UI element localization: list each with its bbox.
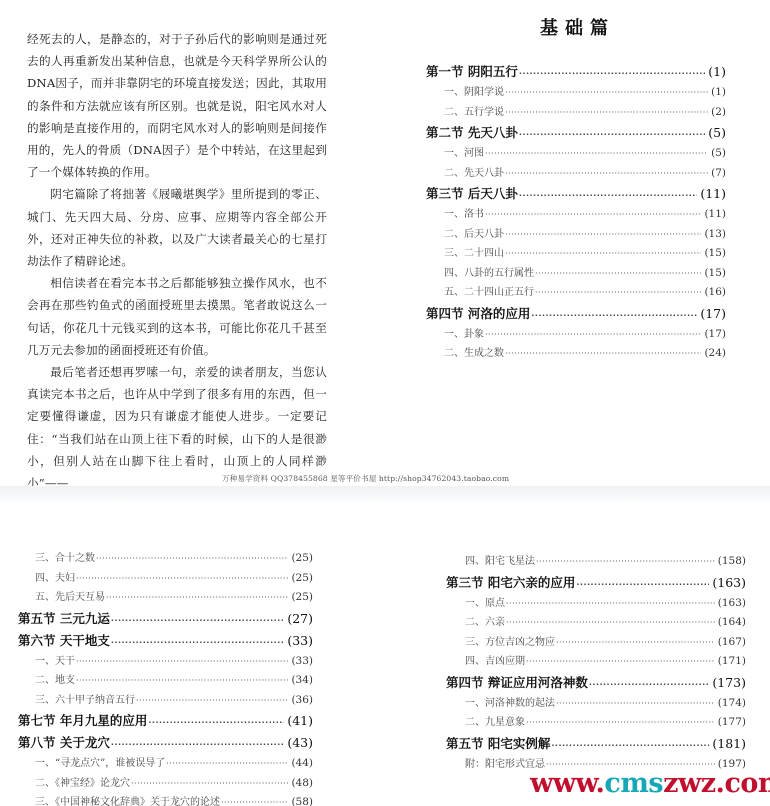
toc-subsection-entry: 一、河洛神数的起法(174): [446, 694, 746, 714]
toc-page-number: (24): [701, 344, 726, 364]
table-of-contents: 第一节 阴阳五行(1)一、阴阳学说(1)二、五行学说(2)第二节 先天八卦(5)…: [426, 61, 726, 364]
toc-page-number: (1): [708, 83, 726, 103]
site-watermark: www.cmszwz.com: [530, 768, 770, 799]
toc-entry-title: 四、吉凶应期: [465, 652, 526, 672]
toc-entry-title: 二、五行学说: [444, 103, 505, 123]
toc-entry-title: 三、二十四山: [444, 244, 505, 264]
toc-entry-title: 二、后天八卦: [444, 225, 505, 245]
toc-entry-title: 一、卦象: [444, 325, 485, 345]
scan-credit-text: 万种易学资料 QQ378455868 星等平价书屋 http://shop347…: [222, 473, 509, 484]
toc-entry-title: 三、六十甲子纳音五行: [35, 691, 136, 711]
toc-page-number: (5): [708, 144, 726, 164]
dot-leader: [589, 674, 710, 694]
dot-leader: [505, 103, 708, 123]
toc-subsection-entry: 四、夫妇(25): [18, 569, 313, 589]
dot-leader: [485, 205, 701, 225]
toc-subsection-entry: 一、阴阳学说(1): [426, 83, 726, 103]
toc-entry-title: 第五节 阳宅实例解: [446, 733, 551, 755]
toc-entry-title: 三、《中国神秘文化辞典》关于龙穴的论述: [35, 793, 221, 806]
toc-page-number: (158): [715, 552, 746, 572]
dot-leader: [535, 283, 701, 303]
toc-entry-title: 四、夫妇: [35, 569, 76, 589]
dot-leader: [505, 225, 701, 245]
toc-page-number: (17): [697, 303, 726, 325]
dot-leader: [551, 735, 709, 755]
toc-entry-title: 一、河洛神数的起法: [465, 694, 556, 714]
toc-page-number: (41): [284, 710, 313, 732]
toc-page-number: (48): [288, 774, 313, 794]
toc-page-number: (25): [288, 549, 313, 569]
toc-page-number: (177): [715, 713, 746, 733]
toc-entry-title: 第七节 年月九星的应用: [18, 710, 148, 732]
toc-entry-title: 二、六亲: [465, 613, 506, 633]
dot-leader: [526, 652, 715, 672]
toc-subsection-entry: 四、吉凶应期(171): [446, 652, 746, 672]
toc-page-number: (25): [288, 569, 313, 589]
toc-page-number: (174): [715, 694, 746, 714]
dot-leader: [136, 691, 288, 711]
table-of-contents: 四、阳宅飞星法(158)第三节 阳宅六亲的应用(163)一、原点(163)二、六…: [446, 552, 746, 774]
toc-entry-title: 二、地支: [35, 671, 76, 691]
toc-subsection-entry: 二、生成之数(24): [426, 344, 726, 364]
toc-entry-title: 一、阴阳学说: [444, 83, 505, 103]
toc-entry-title: 一、原点: [465, 594, 506, 614]
dot-leader: [485, 144, 708, 164]
toc-entry-title: 第二节 先天八卦: [426, 122, 519, 144]
dot-leader: [519, 124, 705, 144]
toc-page-number: (15): [701, 244, 726, 264]
dot-leader: [556, 633, 715, 653]
toc-page-number: (11): [701, 205, 726, 225]
toc-page-number: (16): [701, 283, 726, 303]
toc-section-entry: 第五节 三元九运(27): [18, 608, 313, 630]
dot-leader: [485, 325, 701, 345]
toc-page-number: (163): [709, 572, 746, 594]
toc-subsection-entry: 四、阳宅飞星法(158): [446, 552, 746, 572]
toc-page-number: (17): [701, 325, 726, 345]
toc-subsection-entry: 二、后天八卦(13): [426, 225, 726, 245]
toc-page-number: (33): [284, 630, 313, 652]
dot-leader: [505, 244, 701, 264]
toc-section-entry: 第四节 辩证应用河洛神数(173): [446, 672, 746, 694]
toc-entry-title: 四、阳宅飞星法: [465, 552, 536, 572]
toc-entry-title: 三、方位吉凶之物应: [465, 633, 556, 653]
toc-subsection-entry: 三、二十四山(15): [426, 244, 726, 264]
toc-entry-title: 一、河图: [444, 144, 485, 164]
toc-page-number: (27): [284, 608, 313, 630]
dot-leader: [111, 734, 284, 754]
toc-subsection-entry: 四、八卦的五行属性(15): [426, 264, 726, 284]
toc-subsection-entry: 三、《中国神秘文化辞典》关于龙穴的论述(58): [18, 793, 313, 806]
toc-page-number: (167): [715, 633, 746, 653]
toc-subsection-entry: 二、地支(34): [18, 671, 313, 691]
dot-leader: [505, 344, 701, 364]
toc-entry-title: 五、二十四山正五行: [444, 283, 535, 303]
toc-entry-title: 一、洛书: [444, 205, 485, 225]
toc-subsection-entry: 一、原点(163): [446, 594, 746, 614]
toc-subsection-entry: 二、《神宝经》论龙穴(48): [18, 774, 313, 794]
dot-leader: [148, 712, 284, 732]
toc-section-entry: 第三节 后天八卦(11): [426, 183, 726, 205]
toc-page-number: (25): [288, 588, 313, 608]
toc-page-number: (43): [284, 732, 313, 754]
watermark-part: www.: [530, 768, 604, 799]
toc-page-number: (163): [715, 594, 746, 614]
toc-section-entry: 第一节 阴阳五行(1): [426, 61, 726, 83]
dot-leader: [76, 652, 288, 672]
toc-entry-title: 四、八卦的五行属性: [444, 264, 535, 284]
toc-section-entry: 第五节 阳宅实例解(181): [446, 733, 746, 755]
toc-section-entry: 第八节 关于龙穴(43): [18, 732, 313, 754]
table-of-contents: 三、合十之数(25)四、夫妇(25)五、先后天互易(25)第五节 三元九运(27…: [18, 549, 313, 806]
toc-subsection-entry: 一、卦象(17): [426, 325, 726, 345]
toc-entry-title: 一、天干: [35, 652, 76, 672]
dot-leader: [526, 713, 715, 733]
toc-entry-title: 第四节 河洛的应用: [426, 303, 531, 325]
toc-page-number: (2): [708, 103, 726, 123]
toc-section-entry: 第四节 河洛的应用(17): [426, 303, 726, 325]
dot-leader: [111, 632, 284, 652]
toc-section-entry: 第三节 阳宅六亲的应用(163): [446, 572, 746, 594]
toc-subsection-entry: 二、九星意象(177): [446, 713, 746, 733]
dot-leader: [519, 63, 705, 83]
toc-entry-title: 第三节 阳宅六亲的应用: [446, 572, 576, 594]
toc-subsection-entry: 二、六亲(164): [446, 613, 746, 633]
toc-page-number: (5): [705, 122, 726, 144]
toc-entry-title: 二、九星意象: [465, 713, 526, 733]
dot-leader: [96, 549, 288, 569]
dot-leader: [536, 552, 715, 572]
preface-page: 经死去的人，是静态的，对于子孙后代的影响则是通过死去的人再重新发出某种信息，也就…: [0, 0, 400, 470]
toc-page-number: (173): [709, 672, 746, 694]
toc-subsection-entry: 一、河图(5): [426, 144, 726, 164]
toc-page-number: (33): [288, 652, 313, 672]
dot-leader: [76, 671, 288, 691]
toc-subsection-entry: 五、先后天互易(25): [18, 588, 313, 608]
dot-leader: [531, 305, 697, 325]
toc-page-number: (164): [715, 613, 746, 633]
toc-entry-title: 第八节 关于龙穴: [18, 732, 111, 754]
dot-leader: [131, 774, 288, 794]
toc-entry-title: 第四节 辩证应用河洛神数: [446, 672, 589, 694]
toc-page-number: (44): [288, 754, 313, 774]
toc-page-number: (7): [708, 164, 726, 184]
toc-entry-title: 五、先后天互易: [35, 588, 106, 608]
dot-leader: [576, 574, 709, 594]
toc-page-number: (15): [701, 264, 726, 284]
toc-page-basics: 基础篇 第一节 阴阳五行(1)一、阴阳学说(1)二、五行学说(2)第二节 先天八…: [400, 0, 770, 470]
toc-page-number: (34): [288, 671, 313, 691]
toc-subsection-entry: 二、五行学说(2): [426, 103, 726, 123]
toc-entry-title: 第一节 阴阳五行: [426, 61, 519, 83]
toc-subsection-entry: 一、洛书(11): [426, 205, 726, 225]
dot-leader: [505, 83, 708, 103]
toc-page-number: (36): [288, 691, 313, 711]
toc-entry-title: 第三节 后天八卦: [426, 183, 519, 205]
toc-section-entry: 第六节 天干地支(33): [18, 630, 313, 652]
dot-leader: [111, 610, 284, 630]
watermark-part: zwz.com: [663, 768, 770, 799]
toc-subsection-entry: 三、方位吉凶之物应(167): [446, 633, 746, 653]
paragraph: 阴宅篇除了将拙著《屐曦堪舆学》里所提到的零正、城门、先天四大局、分房、应事、应期…: [27, 183, 327, 272]
dot-leader: [221, 793, 288, 806]
toc-entry-title: 二、《神宝经》论龙穴: [35, 774, 131, 794]
toc-subsection-entry: 三、合十之数(25): [18, 549, 313, 569]
toc-page-yang-house: 四、阳宅飞星法(158)第三节 阳宅六亲的应用(163)一、原点(163)二、六…: [400, 505, 770, 806]
dot-leader: [535, 264, 701, 284]
part-title: 基础篇: [540, 14, 615, 40]
dot-leader: [505, 164, 708, 184]
toc-subsection-entry: 一、“寻龙点穴”，谁被误导了(44): [18, 754, 313, 774]
dot-leader: [506, 613, 715, 633]
paragraph: 经死去的人，是静态的，对于子孙后代的影响则是通过死去的人再重新发出某种信息，也就…: [27, 28, 327, 183]
toc-page-number: (181): [709, 733, 746, 755]
page-separator: [0, 486, 770, 504]
dot-leader: [556, 694, 715, 714]
toc-page-number: (171): [715, 652, 746, 672]
watermark-part: cms: [604, 768, 663, 799]
dot-leader: [106, 588, 288, 608]
dot-leader: [519, 185, 697, 205]
preface-text: 经死去的人，是静态的，对于子孙后代的影响则是通过死去的人再重新发出某种信息，也就…: [27, 28, 327, 494]
toc-entry-title: 一、“寻龙点穴”，谁被误导了: [35, 754, 166, 774]
paragraph: 相信读者在看完本书之后都能够独立操作风水，也不会再在那些钓鱼式的函面授班里去摸黑…: [27, 272, 327, 361]
toc-section-entry: 第七节 年月九星的应用(41): [18, 710, 313, 732]
toc-entry-title: 第五节 三元九运: [18, 608, 111, 630]
toc-page-number: (11): [697, 183, 726, 205]
toc-page-number: (13): [701, 225, 726, 245]
dot-leader: [166, 754, 288, 774]
toc-subsection-entry: 二、先天八卦(7): [426, 164, 726, 184]
toc-entry-title: 二、先天八卦: [444, 164, 505, 184]
toc-entry-title: 第六节 天干地支: [18, 630, 111, 652]
toc-page-number: (1): [705, 61, 726, 83]
dot-leader: [76, 569, 288, 589]
dot-leader: [506, 594, 715, 614]
toc-subsection-entry: 五、二十四山正五行(16): [426, 283, 726, 303]
toc-subsection-entry: 三、六十甲子纳音五行(36): [18, 691, 313, 711]
toc-subsection-entry: 一、天干(33): [18, 652, 313, 672]
toc-page-continued: 三、合十之数(25)四、夫妇(25)五、先后天互易(25)第五节 三元九运(27…: [0, 505, 400, 806]
toc-section-entry: 第二节 先天八卦(5): [426, 122, 726, 144]
toc-entry-title: 三、合十之数: [35, 549, 96, 569]
toc-page-number: (58): [288, 793, 313, 806]
toc-entry-title: 二、生成之数: [444, 344, 505, 364]
